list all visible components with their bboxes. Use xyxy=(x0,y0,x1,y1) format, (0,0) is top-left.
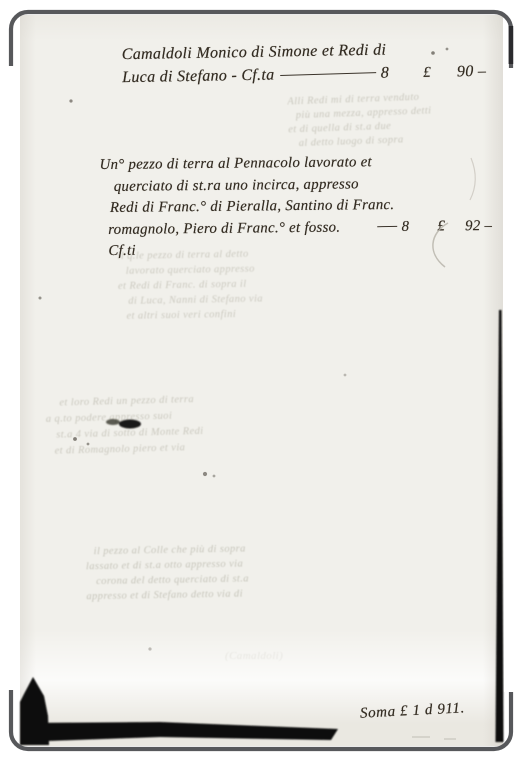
entry-line: Luca di Stefano - Cf.ta xyxy=(122,64,275,90)
ledger-entry-2: Un° pezzo di terra al Pennacolo lavorato… xyxy=(99,151,492,263)
amount-rule xyxy=(378,225,398,226)
currency-symbol: £ xyxy=(423,62,431,85)
currency-symbol: £ xyxy=(437,216,445,238)
frame-fade-left xyxy=(2,66,16,690)
manuscript-scan: Alli Redi mi di terra venduto più una me… xyxy=(0,0,523,760)
amount-mark: 8 xyxy=(381,62,390,85)
frame-fade-right xyxy=(504,68,522,692)
bleedthrough-block-d: il pezzo al Colle che più di sopra lassa… xyxy=(85,540,348,605)
ledger-entry-1: Camaldoli Monico di Simone et Redi di Lu… xyxy=(122,37,487,90)
bleedthrough-block-c: et loro Redi un pezzo di terra a q.to po… xyxy=(45,388,347,460)
amount-value: 92 – xyxy=(465,215,492,237)
amount-mark: 8 xyxy=(402,216,410,238)
amount-rule xyxy=(280,72,376,76)
entry-line: romagnolo, Piero di Franc.° et fosso. Cf… xyxy=(108,217,372,263)
spacer xyxy=(389,77,423,78)
bleedthrough-block-e: (Camaldoli) xyxy=(225,649,283,663)
bleedthrough-block-a: Alli Redi mi di terra venduto più una me… xyxy=(287,89,484,152)
amount-value: 90 – xyxy=(457,60,487,84)
